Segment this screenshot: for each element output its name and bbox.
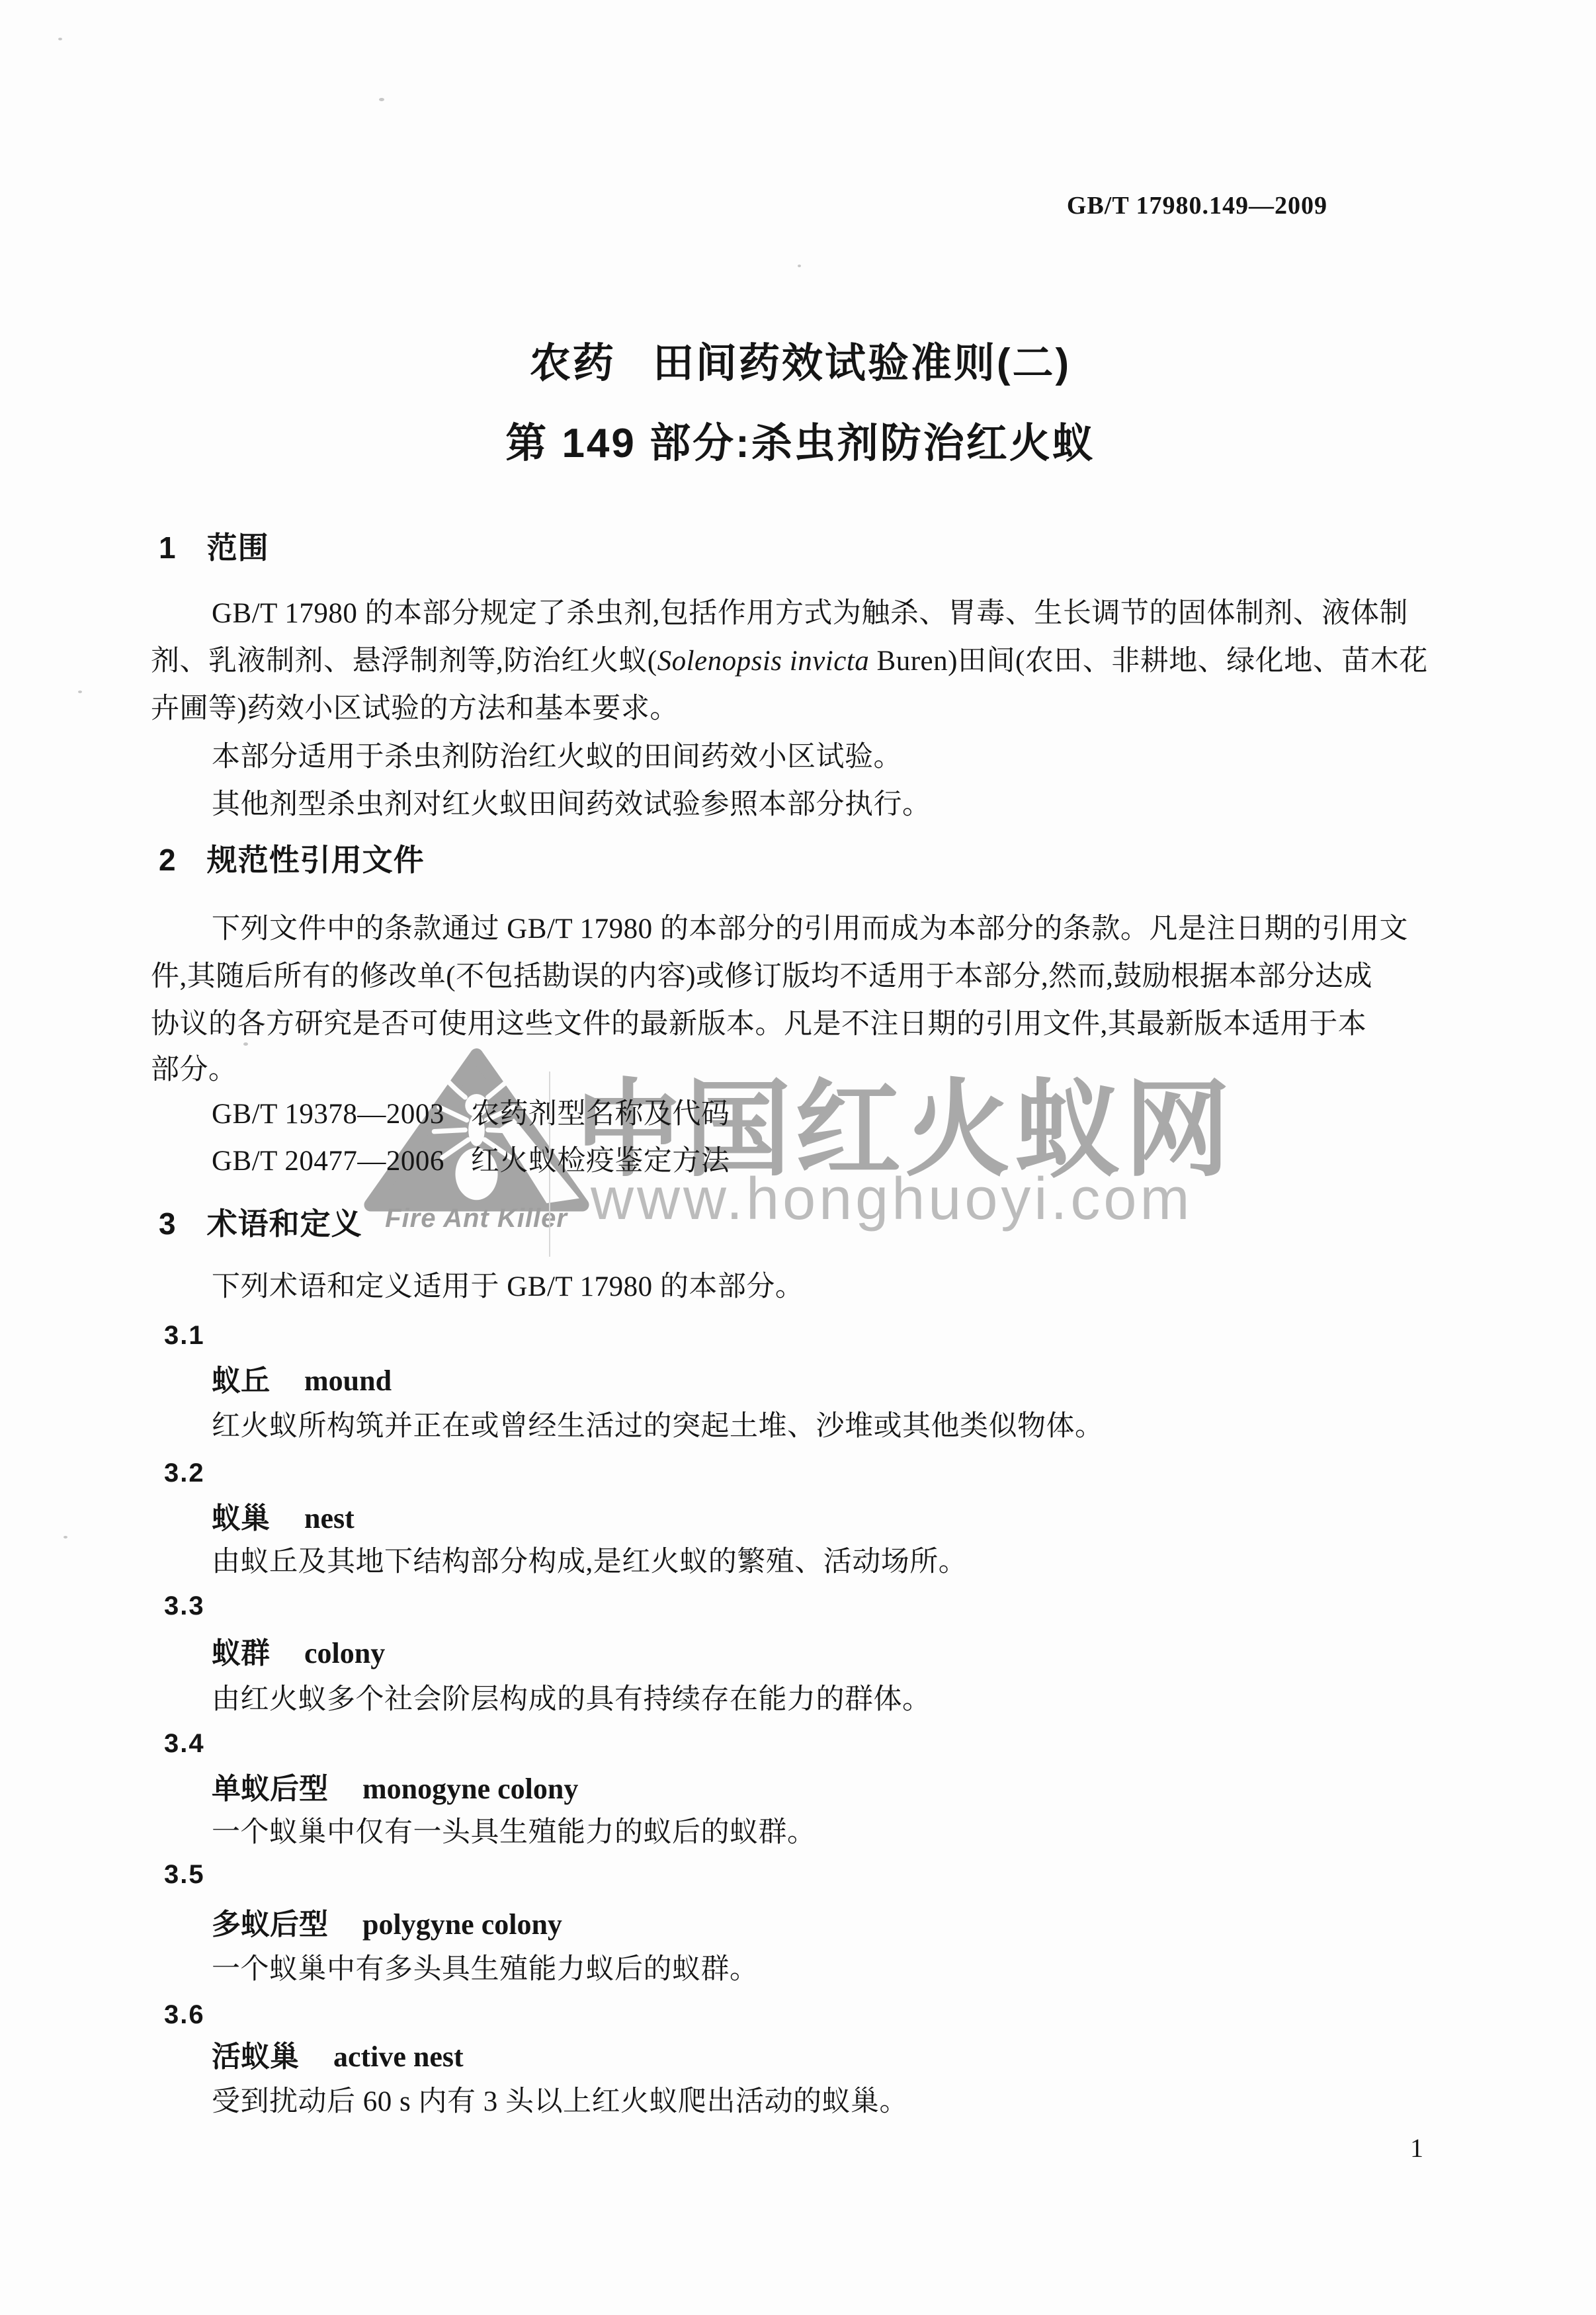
- term-3-6-en: active nest: [333, 2041, 464, 2073]
- scope-paragraph1-line2: 剂、乳液制剂、悬浮制剂等,防治红火蚁(Solenopsis invicta Bu…: [151, 647, 1428, 675]
- normative-references-heading-text: 规范性引用文件: [207, 843, 425, 877]
- term-3-1-definition: 红火蚁所构筑并正在或曾经生活过的突起土堆、沙堆或其他类似物体。: [212, 1412, 1104, 1441]
- scan-artifact: [798, 265, 801, 267]
- term-3-3-number: 3.3: [164, 1593, 205, 1619]
- scope-heading: 1范围: [159, 532, 269, 563]
- watermark-logo-label: Fire Ant Killer: [357, 1205, 595, 1232]
- references-paragraph-line2: 件,其随后所有的修改单(不包括勘误的内容)或修订版均不适用于本部分,然而,鼓励根…: [151, 962, 1372, 991]
- term-3-6-number: 3.6: [164, 2001, 205, 2028]
- normative-references-heading: 2规范性引用文件: [159, 845, 425, 875]
- terms-heading-number: 3: [159, 1206, 177, 1241]
- scan-artifact: [379, 98, 384, 101]
- term-3-5-number: 3.5: [164, 1861, 205, 1888]
- term-3-4-number: 3.4: [164, 1730, 205, 1757]
- reference-2-code: GB/T 20477—2006: [212, 1146, 444, 1177]
- document-page: Fire Ant Killer 中国红火蚁网 www.honghuoyi.com…: [0, 0, 1596, 2315]
- scan-artifact: [243, 1042, 248, 1046]
- term-3-3-en: colony: [304, 1637, 385, 1669]
- references-paragraph-line4: 部分。: [151, 1056, 237, 1084]
- watermark-url: www.honghuoyi.com: [591, 1169, 1193, 1229]
- term-3-2-en: nest: [304, 1502, 355, 1535]
- scope-paragraph2: 本部分适用于杀虫剂防治红火蚁的田间药效小区试验。: [212, 743, 902, 771]
- scan-artifact: [63, 1536, 67, 1538]
- term-3-6: 活蚁巢active nest: [212, 2042, 464, 2072]
- title-line1-left: 农药: [530, 341, 616, 386]
- term-3-3-definition: 由红火蚁多个社会阶层构成的具有持续存在能力的群体。: [212, 1685, 931, 1714]
- species-latin-name: Solenopsis invicta: [657, 646, 870, 677]
- scope-paragraph1-line3: 卉圃等)药效小区试验的方法和基本要求。: [151, 694, 679, 723]
- scan-artifact: [78, 691, 82, 693]
- page-number: 1: [1410, 2135, 1423, 2162]
- term-3-1: 蚁丘mound: [212, 1367, 392, 1396]
- terms-intro: 下列术语和定义适用于 GB/T 17980 的本部分。: [212, 1273, 804, 1301]
- fire-ant-logo: [362, 1046, 591, 1215]
- reference-item-2: GB/T 20477—2006红火蚁检疫鉴定方法: [212, 1147, 730, 1175]
- standard-code: GB/T 17980.149—2009: [1067, 193, 1327, 218]
- scope-p1l2-post: Buren)田间(农田、非耕地、绿化地、苗木花: [869, 646, 1427, 677]
- term-3-5-definition: 一个蚁巢中有多头具生殖能力蚁后的蚁群。: [212, 1955, 759, 1984]
- normative-references-heading-number: 2: [159, 843, 177, 877]
- term-3-1-number: 3.1: [164, 1322, 205, 1349]
- document-title-line1: 农药田间药效试验准则(二): [152, 343, 1449, 384]
- reference-item-1: GB/T 19378—2003农药剂型名称及代码: [212, 1100, 730, 1128]
- term-3-1-en: mound: [304, 1365, 392, 1397]
- scan-artifact: [58, 38, 62, 40]
- scope-paragraph3: 其他剂型杀虫剂对红火蚁田间药效试验参照本部分执行。: [212, 790, 931, 819]
- references-paragraph-line3: 协议的各方研究是否可使用这些文件的最新版本。凡是不注日期的引用文件,其最新版本适…: [151, 1010, 1366, 1038]
- reference-2-title: 红火蚁检疫鉴定方法: [471, 1146, 730, 1177]
- term-3-2-zh: 蚁巢: [212, 1502, 270, 1535]
- term-3-4: 单蚁后型monogyne colony: [212, 1775, 578, 1804]
- term-3-5-en: polygyne colony: [362, 1908, 562, 1941]
- title-line1-right: 田间药效试验准则(二): [653, 341, 1071, 386]
- term-3-2-definition: 由蚁丘及其地下结构部分构成,是红火蚁的繁殖、活动场所。: [212, 1548, 967, 1576]
- references-paragraph-line1: 下列文件中的条款通过 GB/T 17980 的本部分的引用而成为本部分的条款。凡…: [212, 915, 1408, 943]
- terms-heading: 3术语和定义: [159, 1208, 362, 1239]
- scope-heading-text: 范围: [207, 530, 269, 565]
- term-3-4-zh: 单蚁后型: [212, 1773, 328, 1805]
- scope-heading-number: 1: [159, 530, 177, 565]
- term-3-3: 蚁群colony: [212, 1639, 385, 1668]
- reference-1-code: GB/T 19378—2003: [212, 1099, 444, 1130]
- term-3-4-en: monogyne colony: [362, 1773, 578, 1805]
- term-3-5-zh: 多蚁后型: [212, 1908, 328, 1941]
- term-3-1-zh: 蚁丘: [212, 1365, 270, 1397]
- terms-heading-text: 术语和定义: [207, 1206, 362, 1241]
- term-3-5: 多蚁后型polygyne colony: [212, 1910, 562, 1939]
- term-3-4-definition: 一个蚁巢中仅有一头具生殖能力的蚁后的蚁群。: [212, 1818, 816, 1847]
- term-3-6-definition: 受到扰动后 60 s 内有 3 头以上红火蚁爬出活动的蚁巢。: [212, 2087, 908, 2116]
- scope-paragraph1-line1: GB/T 17980 的本部分规定了杀虫剂,包括作用方式为触杀、胃毒、生长调节的…: [212, 599, 1408, 628]
- term-3-2-number: 3.2: [164, 1460, 205, 1486]
- reference-1-title: 农药剂型名称及代码: [471, 1099, 730, 1130]
- document-title-line2: 第 149 部分:杀虫剂防治红火蚁: [152, 423, 1449, 464]
- term-3-3-zh: 蚁群: [212, 1637, 270, 1669]
- scope-p1l2-pre: 剂、乳液制剂、悬浮制剂等,防治红火蚁(: [151, 646, 657, 677]
- term-3-2: 蚁巢nest: [212, 1504, 355, 1533]
- term-3-6-zh: 活蚁巢: [212, 2041, 299, 2073]
